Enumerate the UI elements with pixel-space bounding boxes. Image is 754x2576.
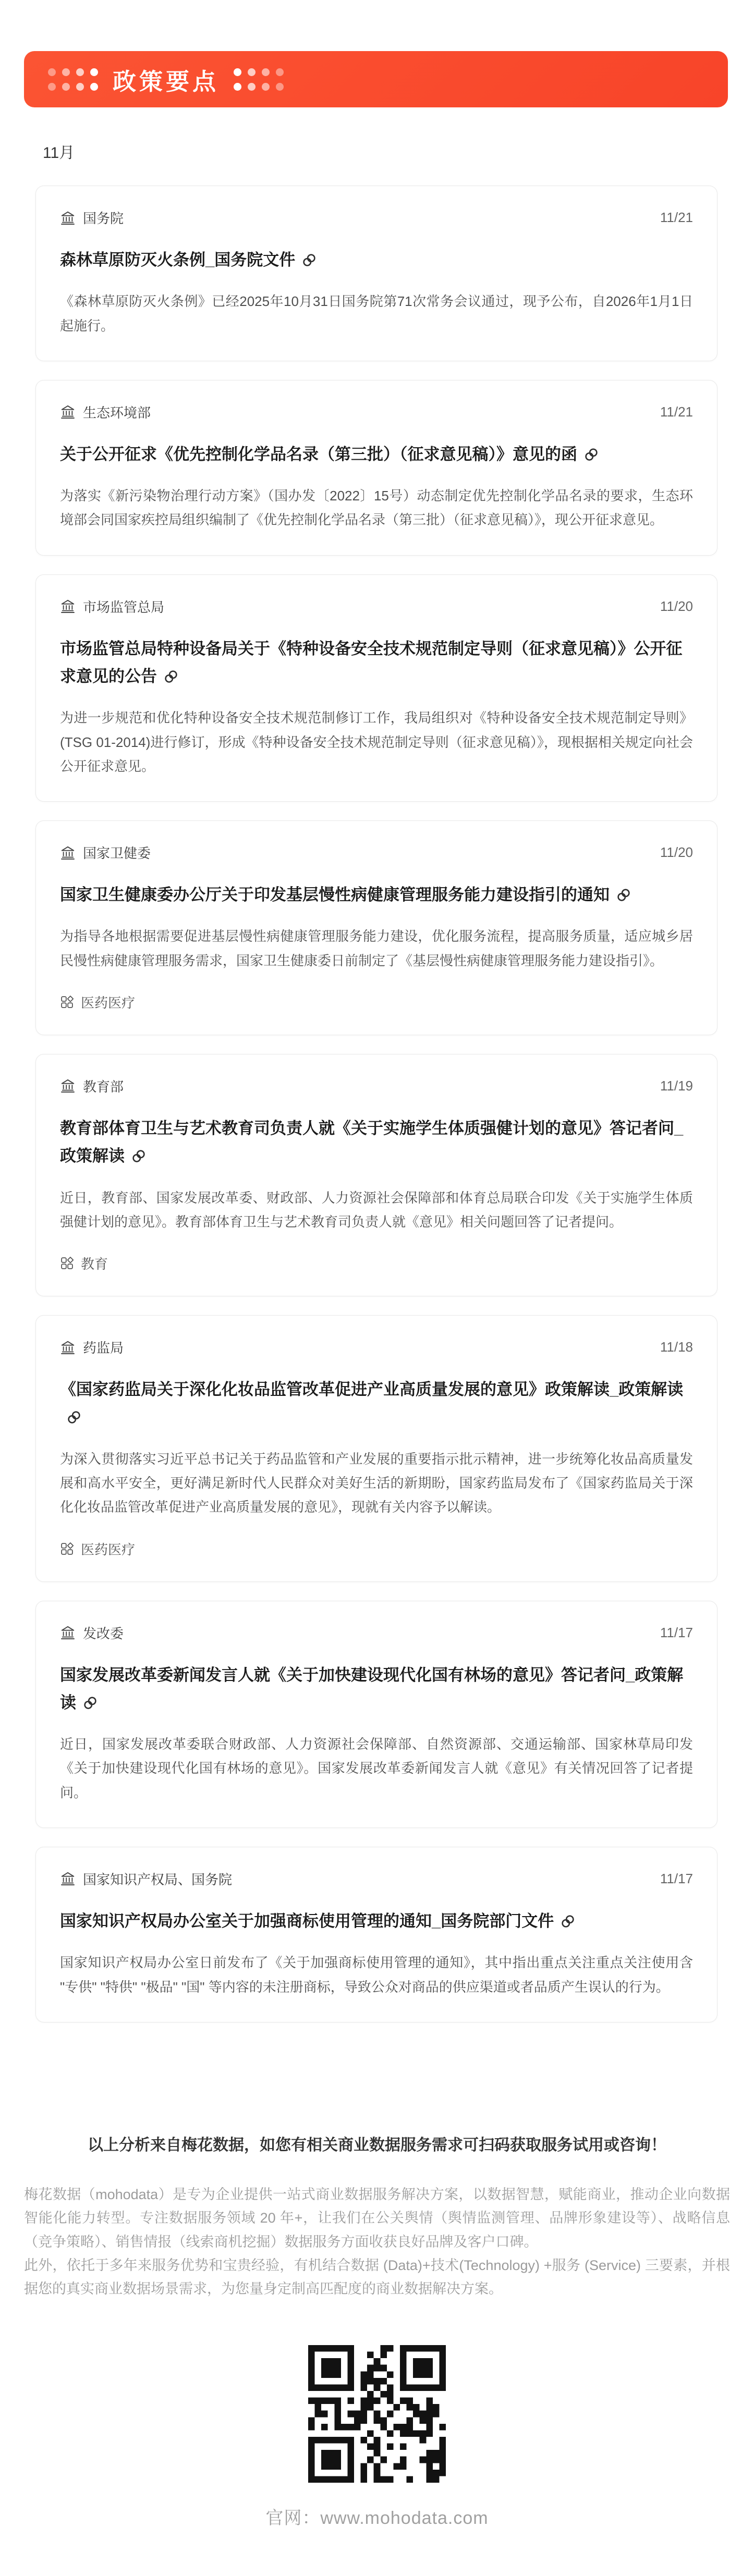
policy-title-link[interactable]: 国家知识产权局办公室关于加强商标使用管理的通知_国务院部门文件 [60, 1907, 693, 1935]
policy-title-link[interactable]: 森林草原防灭火条例_国务院文件 [60, 246, 693, 274]
card-date: 11/21 [660, 210, 693, 226]
policy-title-text: 教育部体育卫生与艺术教育司负责人就《关于实施学生体质强健计划的意见》答记者问_政… [60, 1119, 683, 1165]
category-tag-label: 医药医疗 [81, 1539, 135, 1559]
policy-title-link[interactable]: 市场监管总局特种设备局关于《特种设备安全技术规范制定导则（征求意见稿）》公开征求… [60, 635, 693, 691]
policy-title-link[interactable]: 关于公开征求《优先控制化学品名录（第三批）（征求意见稿）》意见的函 [60, 440, 693, 468]
policy-card[interactable]: 药监局 11/18 《国家药监局关于深化化妆品监管改革促进产业高质量发展的意见》… [35, 1315, 717, 1581]
policy-title-link[interactable]: 教育部体育卫生与艺术教育司负责人就《关于实施学生体质强健计划的意见》答记者问_政… [60, 1114, 693, 1170]
dot-icon [262, 83, 270, 91]
card-header-row: 教育部 11/19 [60, 1076, 693, 1096]
policy-title-link[interactable]: 《国家药监局关于深化化妆品监管改革促进产业高质量发展的意见》政策解读_政策解读 [60, 1376, 693, 1431]
policy-title-link[interactable]: 国家卫生健康委办公厅关于印发基层慢性病健康管理服务能力建设指引的通知 [60, 881, 693, 909]
card-date: 11/17 [660, 1625, 693, 1641]
link-icon [301, 252, 317, 268]
department-name: 国家卫健委 [83, 843, 151, 862]
decor-dots-left-icon [48, 68, 98, 91]
policy-summary: 近日，国家发展改革委联合财政部、人力资源社会保障部、自然资源部、交通运输部、国家… [60, 1732, 693, 1805]
policy-title-text: 森林草原防灭火条例_国务院文件 [60, 251, 295, 269]
bottom-spacer [0, 2529, 754, 2576]
category-grid-icon [60, 995, 74, 1009]
policy-title-link[interactable]: 国家发展改革委新闻发言人就《关于加快建设现代化国有林场的意见》答记者问_政策解读 [60, 1661, 693, 1717]
dot-icon [234, 83, 241, 91]
policy-card[interactable]: 教育部 11/19 教育部体育卫生与艺术教育司负责人就《关于实施学生体质强健计划… [35, 1054, 717, 1296]
card-header-row: 药监局 11/18 [60, 1338, 693, 1357]
policy-title-text: 国家发展改革委新闻发言人就《关于加快建设现代化国有林场的意见》答记者问_政策解读 [60, 1666, 683, 1712]
page-title: 政策要点 [113, 63, 219, 96]
government-building-icon [60, 1340, 76, 1355]
policy-summary: 为进一步规范和优化特种设备安全技术规范制修订工作，我局组织对《特种设备安全技术规… [60, 706, 693, 778]
category-grid-icon [60, 1256, 74, 1270]
card-date: 11/19 [660, 1078, 693, 1094]
policy-title-text: 国家知识产权局办公室关于加强商标使用管理的通知_国务院部门文件 [60, 1912, 554, 1930]
government-building-icon [60, 210, 76, 226]
section-header-banner: 政策要点 [24, 51, 728, 107]
department-name: 教育部 [83, 1076, 124, 1096]
link-icon [66, 1409, 82, 1425]
policy-digest-page: 政策要点 11月 国务院 11/21 [0, 51, 754, 2576]
department: 药监局 [60, 1338, 124, 1357]
department-name: 国务院 [83, 208, 124, 227]
dot-icon [276, 83, 284, 91]
department: 国务院 [60, 208, 124, 227]
department: 国家卫健委 [60, 843, 151, 862]
link-icon [583, 447, 599, 462]
department-name: 药监局 [83, 1338, 124, 1357]
dot-icon [76, 68, 84, 76]
about-paragraph-1: 梅花数据（mohodata）是专为企业提供一站式商业数据服务解决方案，以数据智慧… [24, 2183, 730, 2254]
dot-icon [90, 83, 98, 91]
category-tag: 医药医疗 [60, 992, 693, 1012]
department: 市场监管总局 [60, 597, 164, 616]
link-icon [131, 1148, 147, 1164]
department-name: 生态环境部 [83, 402, 151, 422]
policy-card[interactable]: 国家知识产权局、国务院 11/17 国家知识产权局办公室关于加强商标使用管理的通… [35, 1847, 717, 2022]
category-tag-label: 教育 [81, 1254, 108, 1273]
government-building-icon [60, 1871, 76, 1886]
link-icon [560, 1913, 576, 1929]
category-tag: 教育 [60, 1254, 693, 1273]
policy-summary: 为指导各地根据需要促进基层慢性病健康管理服务能力建设，优化服务流程，提高服务质量… [60, 924, 693, 973]
card-header-row: 国家卫健委 11/20 [60, 843, 693, 862]
dot-icon [48, 83, 56, 91]
department: 教育部 [60, 1076, 124, 1096]
department-name: 市场监管总局 [83, 597, 164, 616]
policy-card[interactable]: 国家卫健委 11/20 国家卫生健康委办公厅关于印发基层慢性病健康管理服务能力建… [35, 820, 717, 1035]
dot-icon [76, 83, 84, 91]
policy-summary: 为落实《新污染物治理行动方案》（国办发〔2022〕15号）动态制定优先控制化学品… [60, 484, 693, 532]
dot-icon [62, 68, 70, 76]
dot-icon [248, 68, 256, 76]
card-date: 11/18 [660, 1339, 693, 1355]
policy-card[interactable]: 发改委 11/17 国家发展改革委新闻发言人就《关于加快建设现代化国有林场的意见… [35, 1601, 717, 1828]
link-icon [163, 669, 179, 684]
card-date: 11/17 [660, 1871, 693, 1887]
policy-card[interactable]: 国务院 11/21 森林草原防灭火条例_国务院文件 《森林草原防灭火条例》已经2… [35, 186, 717, 361]
policy-summary: 为深入贯彻落实习近平总书记关于药品监管和产业发展的重要指示批示精神，进一步统筹化… [60, 1447, 693, 1519]
government-building-icon [60, 598, 76, 614]
dot-icon [48, 68, 56, 76]
policy-title-text: 《国家药监局关于深化化妆品监管改革促进产业高质量发展的意见》政策解读_政策解读 [60, 1380, 683, 1399]
government-building-icon [60, 1078, 76, 1094]
department-name: 发改委 [83, 1623, 124, 1642]
category-grid-icon [60, 1542, 74, 1556]
policy-title-text: 关于公开征求《优先控制化学品名录（第三批）（征求意见稿）》意见的函 [60, 445, 577, 463]
policy-summary: 国家知识产权局办公室日前发布了《关于加强商标使用管理的通知》，其中指出重点关注重… [60, 1951, 693, 1999]
department: 国家知识产权局、国务院 [60, 1869, 232, 1888]
dot-icon [262, 68, 270, 76]
government-building-icon [60, 845, 76, 861]
government-building-icon [60, 404, 76, 420]
card-date: 11/20 [660, 598, 693, 615]
card-date: 11/20 [660, 844, 693, 861]
dot-icon [62, 83, 70, 91]
policy-card[interactable]: 市场监管总局 11/20 市场监管总局特种设备局关于《特种设备安全技术规范制定导… [35, 574, 717, 802]
card-header-row: 市场监管总局 11/20 [60, 597, 693, 616]
dot-icon [276, 68, 284, 76]
card-header-row: 国务院 11/21 [60, 208, 693, 227]
card-header-row: 生态环境部 11/21 [60, 402, 693, 422]
policy-summary: 近日，教育部、国家发展改革委、财政部、人力资源社会保障部和体育总局联合印发《关于… [60, 1186, 693, 1234]
qr-code-wrapper [0, 2345, 754, 2483]
month-label: 11月 [43, 140, 754, 163]
card-header-row: 国家知识产权局、国务院 11/17 [60, 1869, 693, 1888]
department: 发改委 [60, 1623, 124, 1642]
category-tag: 医药医疗 [60, 1539, 693, 1559]
card-header-row: 发改委 11/17 [60, 1623, 693, 1642]
policy-card-list: 国务院 11/21 森林草原防灭火条例_国务院文件 《森林草原防灭火条例》已经2… [35, 186, 717, 2022]
dot-icon [90, 68, 98, 76]
policy-card[interactable]: 生态环境部 11/21 关于公开征求《优先控制化学品名录（第三批）（征求意见稿）… [35, 380, 717, 556]
policy-summary: 《森林草原防灭火条例》已经2025年10月31日国务院第71次常务会议通过，现予… [60, 289, 693, 338]
footer-cta-text: 以上分析来自梅花数据，如您有相关商业数据服务需求可扫码获取服务试用或咨询！ [0, 2132, 754, 2155]
website-link[interactable]: 官网：www.mohodata.com [0, 2504, 754, 2529]
department-name: 国家知识产权局、国务院 [83, 1869, 232, 1888]
link-icon [616, 887, 631, 903]
policy-title-text: 市场监管总局特种设备局关于《特种设备安全技术规范制定导则（征求意见稿）》公开征求… [60, 640, 683, 685]
about-paragraph-2: 此外，依托于多年来服务优势和宝贵经验，有机结合数据 (Data)+技术(Tech… [24, 2254, 730, 2301]
decor-dots-right-icon [234, 68, 284, 91]
policy-title-text: 国家卫生健康委办公厅关于印发基层慢性病健康管理服务能力建设指引的通知 [60, 886, 610, 904]
dot-icon [248, 83, 256, 91]
dot-icon [234, 68, 241, 76]
qr-code [308, 2345, 446, 2483]
card-date: 11/21 [660, 404, 693, 420]
category-tag-label: 医药医疗 [81, 992, 135, 1012]
link-icon [82, 1695, 98, 1711]
government-building-icon [60, 1625, 76, 1640]
department: 生态环境部 [60, 402, 151, 422]
